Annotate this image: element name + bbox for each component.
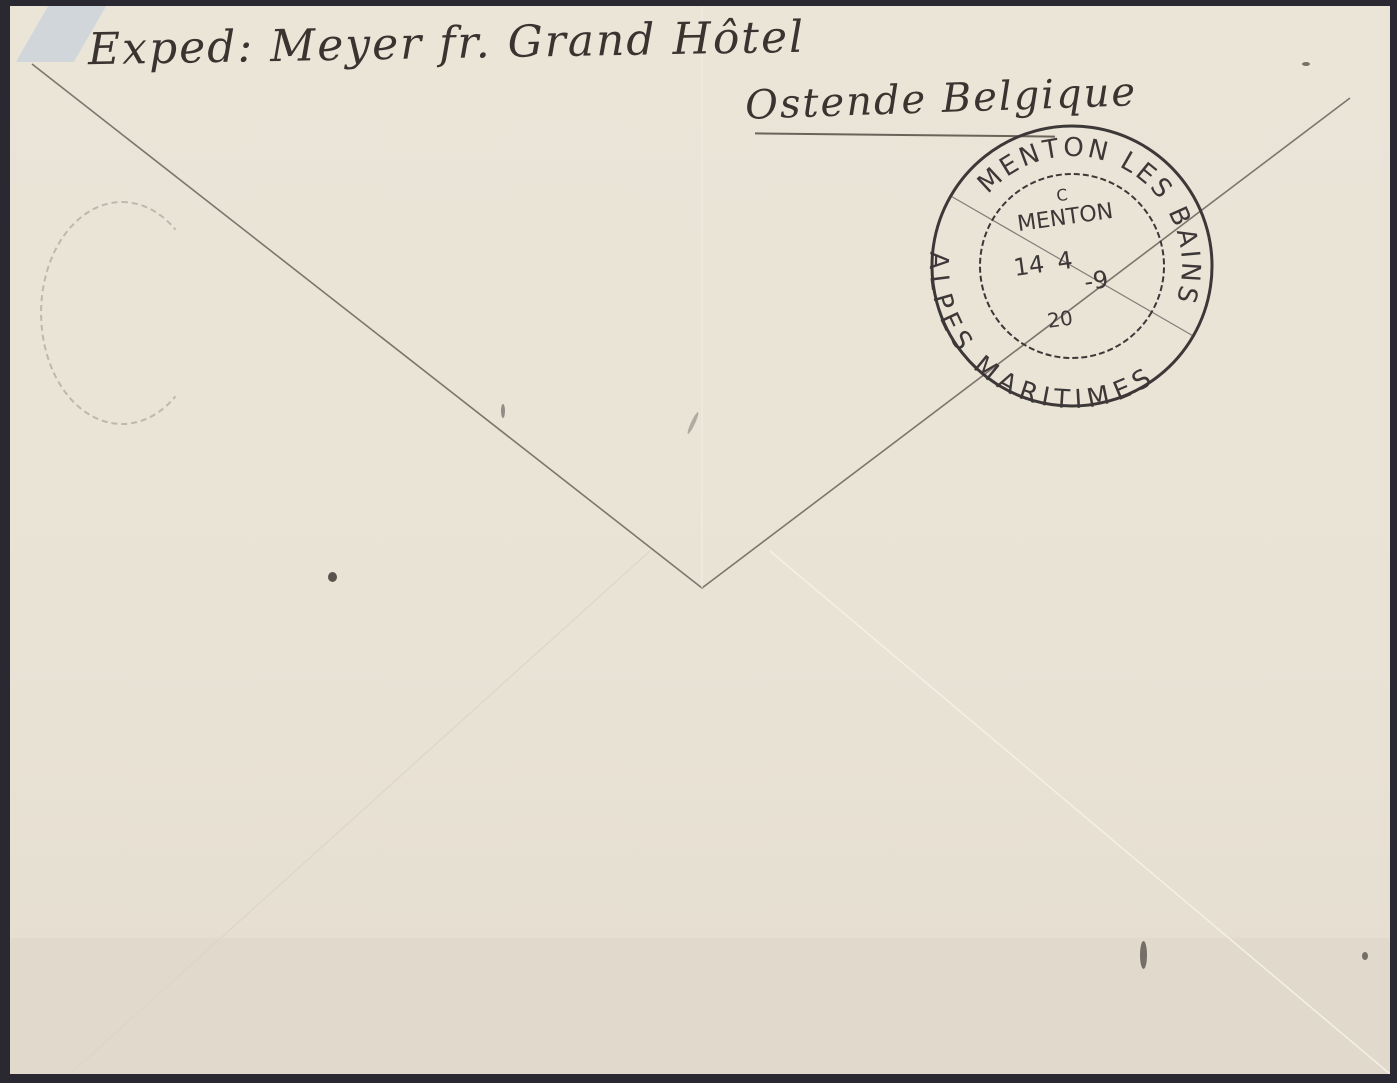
ink-spot — [1302, 62, 1310, 66]
envelope-back: Exped: Meyer fr. Grand Hôtel Ostende Bel… — [10, 6, 1390, 1074]
postmark-year: -9 — [1082, 265, 1110, 296]
ink-spot — [328, 572, 337, 582]
faded-postmark-ghost — [40, 201, 204, 425]
postmark: MENTON LES BAINS ALPES MARITIMES MENTON … — [922, 116, 1222, 416]
postmark-letter: C — [1055, 185, 1069, 205]
ink-spot — [1140, 941, 1147, 969]
ink-spot — [1362, 952, 1368, 960]
postmark-hour: 20 — [1046, 306, 1075, 333]
ink-spot — [501, 404, 505, 418]
postmark-center-town: MENTON — [1016, 199, 1115, 237]
postmark-month: 4 — [1055, 246, 1074, 276]
postmark-day: 14 — [1012, 250, 1046, 282]
